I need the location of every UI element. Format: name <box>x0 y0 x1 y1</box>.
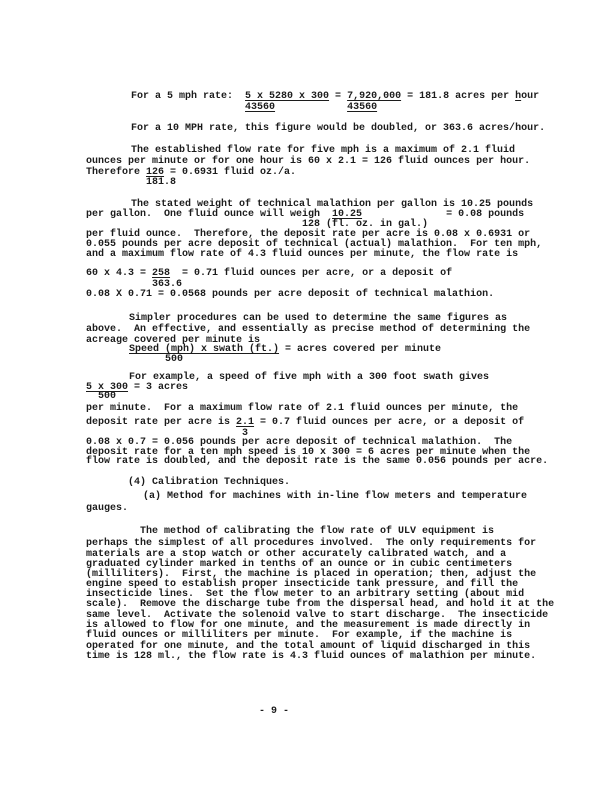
text-segment: = 3 acres <box>128 382 188 393</box>
text-segment: The method of calibrating the flow rate … <box>140 526 494 537</box>
text-segment: deposit rate per acre is <box>86 417 236 428</box>
text-segment: flow rate is doubled, and the deposit ra… <box>86 456 548 467</box>
text-segment: ounces per minute or for one hour is 60 … <box>86 156 530 167</box>
text-segment: and a maximum flow rate of 4.3 fluid oun… <box>86 249 518 260</box>
text-segment: our <box>521 91 539 102</box>
text-segment: 181.8 <box>86 177 176 188</box>
underlined-text: 258 <box>152 268 170 279</box>
text-line: gauges. <box>86 503 128 514</box>
text-segment: above. An effective, and essentially as … <box>86 324 530 335</box>
underlined-text: 43560 <box>347 102 377 113</box>
underlined-text: 7,920,000 <box>347 91 401 102</box>
text-segment: scale). Remove the discharge tube from t… <box>86 599 554 610</box>
text-line: per minute. For a maximum flow rate of 2… <box>86 403 518 414</box>
text-segment: time is 128 ml., the flow rate is 4.3 fl… <box>86 651 536 662</box>
text-segment: The established flow rate for five mph i… <box>131 145 515 156</box>
document-page: For a 5 mph rate: 5 x 5280 x 300 = 7,920… <box>0 0 611 792</box>
text-line: The method of calibrating the flow rate … <box>140 526 494 537</box>
formula-line: 60 x 4.3 = 258 = 0.71 fluid ounces per a… <box>86 268 452 279</box>
text-line: Simpler procedures can be used to determ… <box>129 313 507 324</box>
text-segment: = acres covered per minute <box>279 344 441 355</box>
formula-line: For a 5 mph rate: 5 x 5280 x 300 = 7,920… <box>131 91 539 102</box>
text-line: scale). Remove the discharge tube from t… <box>86 599 554 610</box>
text-segment: = 181.8 acres per <box>401 91 515 102</box>
text-line: ounces per minute or for one hour is 60 … <box>86 156 530 167</box>
text-segment: - 9 - <box>259 706 289 717</box>
formula-line: deposit rate per acre is 2.1 = 0.7 fluid… <box>86 417 524 428</box>
text-segment: = <box>329 91 347 102</box>
text-segment: gauges. <box>86 503 128 514</box>
page-number: - 9 - <box>259 706 289 717</box>
text-segment: (a) Method for machines with in-line flo… <box>143 491 527 502</box>
text-segment <box>131 102 245 113</box>
text-line: above. An effective, and essentially as … <box>86 324 530 335</box>
text-segment: per minute. For a maximum flow rate of 2… <box>86 403 518 414</box>
underlined-text: 5 x 5280 x 300 <box>245 91 329 102</box>
text-segment: = 0.7 fluid ounces per acre, or a deposi… <box>254 417 524 428</box>
text-line: and a maximum flow rate of 4.3 fluid oun… <box>86 249 518 260</box>
text-segment: 500 <box>129 354 183 365</box>
text-segment: perhaps the simplest of all procedures i… <box>86 538 536 549</box>
text-segment: 60 x 4.3 = <box>86 268 152 279</box>
text-line: perhaps the simplest of all procedures i… <box>86 538 536 549</box>
text-segment: = 0.6931 fluid oz./a. <box>164 167 296 178</box>
text-line: time is 128 ml., the flow rate is 4.3 fl… <box>86 651 536 662</box>
text-line: The established flow rate for five mph i… <box>131 145 515 156</box>
text-segment: = 0.71 fluid ounces per acre, or a depos… <box>170 268 452 279</box>
text-segment: For a 5 mph rate: <box>131 91 245 102</box>
text-line: fluid ounces or milliliters per minute. … <box>86 630 512 641</box>
text-line: 0.08 X 0.71 = 0.0568 pounds per acre dep… <box>86 289 494 300</box>
underlined-text: 43560 <box>245 102 275 113</box>
calibration-techniques-heading: (4) Calibration Techniques. <box>128 477 290 488</box>
text-segment: For a 10 MPH rate, this figure would be … <box>131 123 545 134</box>
text-segment: Simpler procedures can be used to determ… <box>129 313 507 324</box>
text-segment: fluid ounces or milliliters per minute. … <box>86 630 512 641</box>
text-line: flow rate is doubled, and the deposit ra… <box>86 456 548 467</box>
formula-denominator-line: 500 <box>86 391 116 402</box>
formula-denominator-line: 181.8 <box>86 177 176 188</box>
text-segment: (4) Calibration Techniques. <box>128 477 290 488</box>
formula-denominator-line: 500 <box>129 354 183 365</box>
text-segment: 500 <box>86 391 116 402</box>
text-line: For a 10 MPH rate, this figure would be … <box>131 123 545 134</box>
method-subheading: (a) Method for machines with in-line flo… <box>143 491 527 502</box>
formula-denominator-line: 43560 43560 <box>131 102 377 113</box>
underlined-text: 2.1 <box>236 417 254 428</box>
text-segment: 0.08 X 0.71 = 0.0568 pounds per acre dep… <box>86 289 494 300</box>
text-segment <box>275 102 347 113</box>
